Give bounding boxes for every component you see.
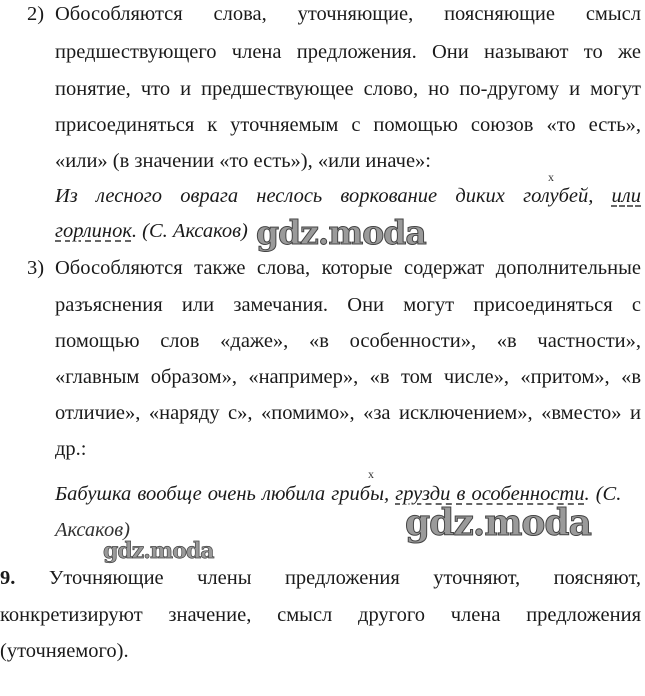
item-3-line-3: помощью слов «даже», «в особенности», «в… (55, 329, 641, 353)
stress-mark: x (548, 170, 554, 185)
item-3-line-6: др.: (55, 437, 641, 461)
example-source: . (С. Аксаков) (132, 220, 248, 242)
item-9-line-1: 9. Уточняющие члены предложения уточняют… (0, 566, 641, 590)
item-2-line-2: предшествующего члена предложения. Они н… (55, 40, 641, 64)
item-3-line-1: Обособляются также слова, которые содерж… (55, 256, 641, 280)
example-underlined: или (612, 185, 641, 207)
item-3-line-5: отличие», «наряду с», «помимо», «за искл… (55, 401, 641, 425)
item-2-number: 2) (27, 2, 44, 26)
item-3-line-2: разъяснения или замечания. Они могут при… (55, 293, 641, 317)
item-3-number: 3) (27, 256, 44, 280)
item-9-line-2: конкретизируют значение, смысл другого ч… (0, 603, 641, 627)
stress-mark: x (368, 467, 374, 482)
item-2-line-3: понятие, что и предшествующее слово, но … (55, 77, 641, 101)
item-9-text: Уточняющие члены предложения уточняют, п… (49, 567, 641, 589)
item-3-line-4: «главным образом», «например», «в том чи… (55, 365, 641, 389)
item-2-example-line-1: Из лесного оврага неслось воркование дик… (55, 184, 641, 208)
watermark-logo: gdz.moda (103, 538, 214, 564)
item-9-number: 9. (0, 567, 15, 589)
example-underlined: горлинок (55, 220, 132, 242)
watermark-logo: gdz.moda (256, 213, 426, 252)
item-2-line-4: присоединяться к уточняемым с помощью со… (55, 113, 641, 137)
item-2-line-1: Обособляются слова, уточняющие, поясняющ… (55, 2, 641, 26)
item-9-line-3: (уточняемого). (0, 639, 641, 663)
watermark-logo: gdz.moda (405, 502, 591, 544)
example-text: Из лесного оврага неслось воркование дик… (55, 185, 593, 207)
example-text: Бабушка вообще очень любила грибы, (55, 483, 389, 505)
